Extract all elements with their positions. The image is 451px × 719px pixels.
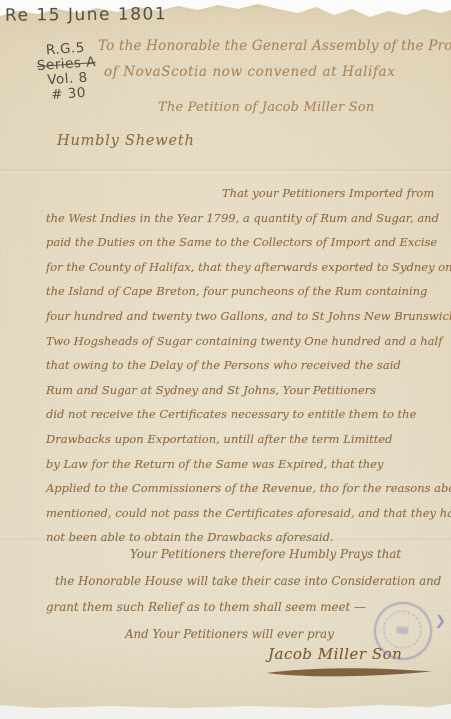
pencil-date-note: Re 15 June 1801 xyxy=(5,4,167,25)
body-line: that owing to the Delay of the Persons w… xyxy=(46,353,451,378)
body-line: Applied to the Commissioners of the Reve… xyxy=(46,476,451,501)
address-line: To the Honorable the General Assembly of… xyxy=(98,38,451,54)
body-line: for the County of Halifax, that they aft… xyxy=(46,255,451,280)
closing-line: Your Petitioners therefore Humbly Prays … xyxy=(46,541,441,568)
body-line: mentioned, could not pass the Certificat… xyxy=(46,501,451,526)
closing-line: the Honorable House will take their case… xyxy=(46,568,441,595)
body-line: by Law for the Return of the Same was Ex… xyxy=(46,452,451,477)
document-scan: Re 15 June 1801 R.G.5 Series A Vol. 8 # … xyxy=(0,0,451,719)
salutation: Humbly Sheweth xyxy=(57,133,195,149)
body-line: four hundred and twenty two Gallons, and… xyxy=(46,304,451,329)
body-line: the Island of Cape Breton, four puncheon… xyxy=(46,279,451,304)
petition-title: The Petition of Jacob Miller Son xyxy=(158,100,374,115)
purple-arrow-mark: ❯ xyxy=(434,614,446,630)
address-line: of NovaScotia now convened at Halifax xyxy=(104,64,395,80)
signature-flourish-stroke xyxy=(264,666,436,680)
body-line: Two Hogsheads of Sugar containing twenty… xyxy=(46,329,451,354)
body-line: the West Indies in the Year 1799, a quan… xyxy=(46,206,451,231)
petition-body: That your Petitioners Imported from the … xyxy=(46,181,451,550)
body-line: did not receive the Certificates necessa… xyxy=(46,402,451,427)
body-line: Rum and Sugar at Sydney and St Johns, Yo… xyxy=(46,378,451,403)
body-line: Drawbacks upon Exportation, untill after… xyxy=(46,427,451,452)
body-line: paid the Duties on the Same to the Colle… xyxy=(46,230,451,255)
body-line: That your Petitioners Imported from xyxy=(46,181,451,206)
